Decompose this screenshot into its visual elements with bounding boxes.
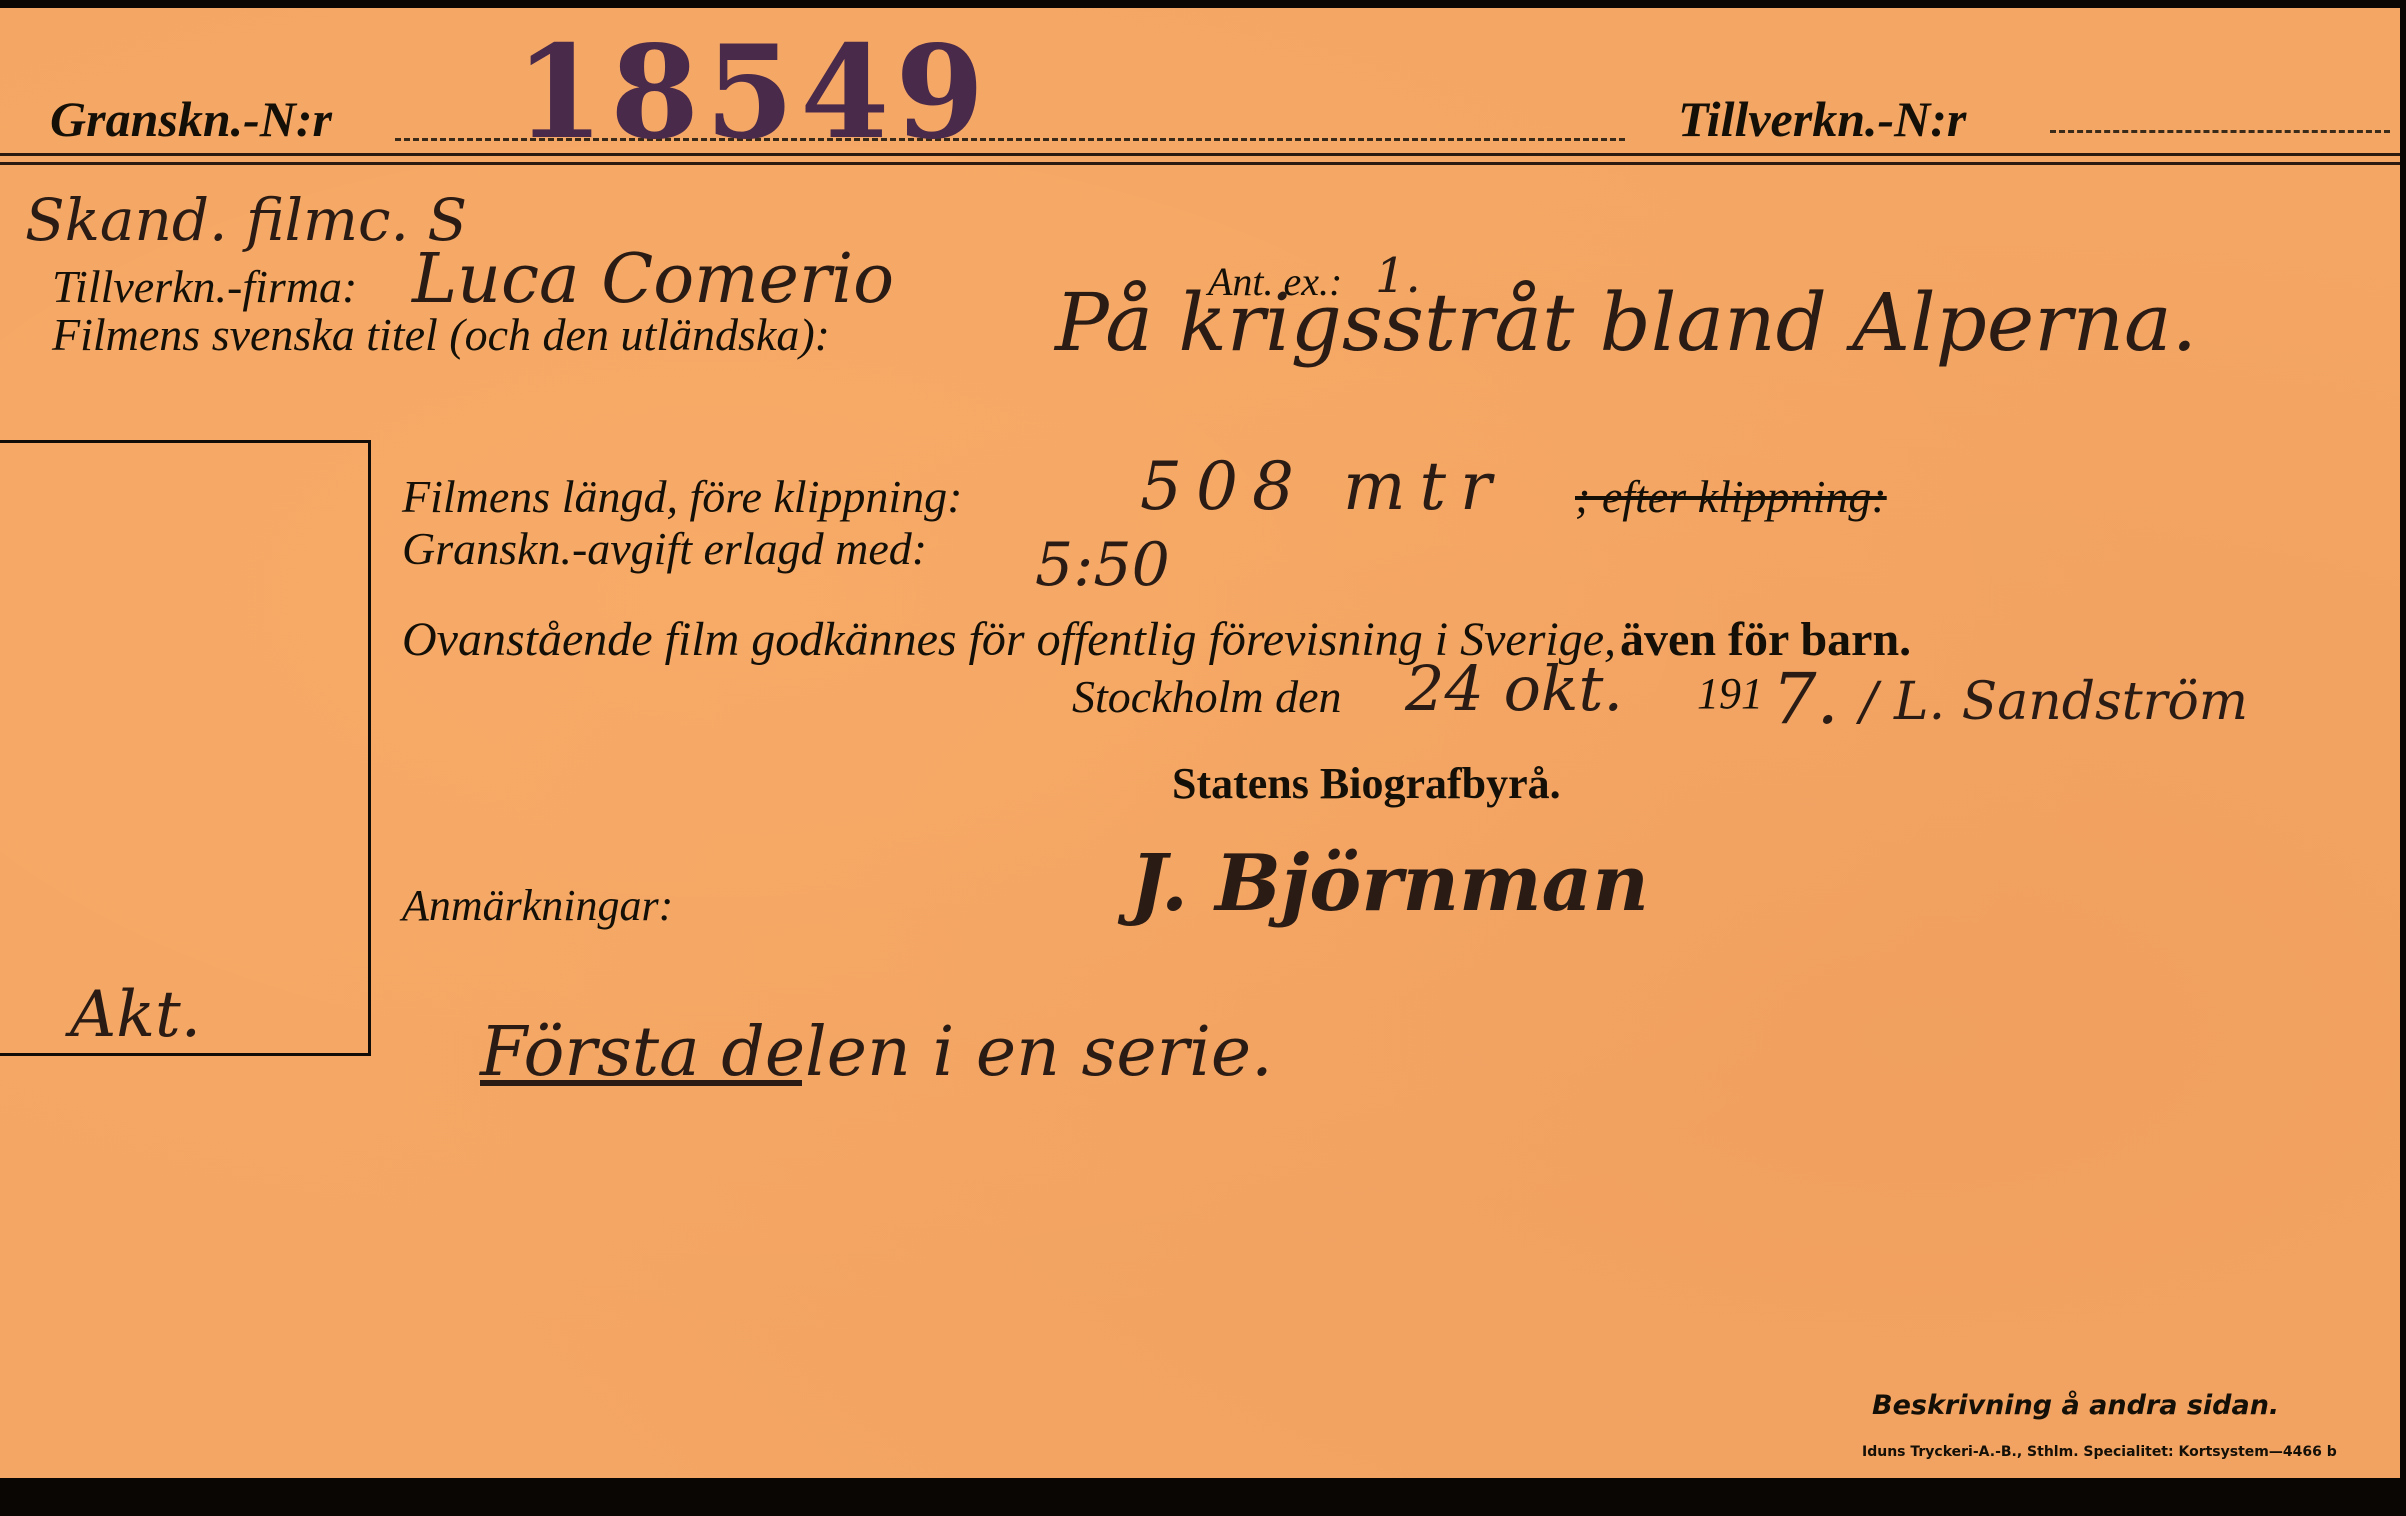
- place-label: Stockholm den: [1072, 670, 1342, 723]
- printer-imprint: Iduns Tryckeri-A.-B., Sthlm. Specialitet…: [1862, 1444, 2337, 1460]
- tillverkn-nr-label: Tillverkn.-N:r: [1678, 90, 1966, 148]
- tillverkn-firma-label: Tillverkn.-firma:: [52, 260, 357, 313]
- titel-label: Filmens svenska titel (och den utländska…: [52, 308, 830, 361]
- remarks-label: Anmärkningar:: [402, 880, 673, 931]
- granskn-number-stamp: 18549: [515, 18, 990, 168]
- header-rule-bottom: [0, 162, 2400, 165]
- date-value: 24 okt.: [1405, 652, 1623, 725]
- censorship-card: Granskn.-N:r 18549 Tillverkn.-N:r Skand.…: [0, 8, 2400, 1478]
- avgift-value: 5:50: [1035, 530, 1170, 600]
- langd-fore-label: Filmens längd, före klippning:: [402, 470, 962, 523]
- header-rule-top: [0, 153, 2400, 156]
- tillverkn-nr-dotted-line: [2050, 130, 2390, 133]
- titel-value: På krigsstråt bland Alperna.: [1055, 276, 2197, 369]
- avgift-label: Granskn.-avgift erlagd med:: [402, 522, 927, 575]
- akt-box: [0, 440, 371, 1056]
- signature: J. Björnman: [1130, 838, 1649, 929]
- remarks-underline: [480, 1080, 802, 1086]
- granskn-label: Granskn.-N:r: [50, 90, 332, 148]
- approval-children: även för barn.: [1620, 613, 1911, 666]
- langd-fore-value: 508 mtr: [1140, 448, 1506, 525]
- co-signature: / L. Sandström: [1860, 672, 2248, 732]
- reverse-note: Beskrivning å andra sidan.: [1872, 1390, 2279, 1421]
- year-printed: 191: [1697, 668, 1763, 719]
- langd-efter-label: ; efter klippning:: [1575, 470, 1887, 523]
- office-name: Statens Biografbyrå.: [1172, 758, 1561, 809]
- distributor-note: Skand. filmc. S: [25, 186, 467, 254]
- year-hand: 7.: [1772, 658, 1839, 740]
- box-note: Akt.: [70, 978, 201, 1052]
- approval-statement: Ovanstående film godkännes för offentlig…: [402, 612, 1911, 667]
